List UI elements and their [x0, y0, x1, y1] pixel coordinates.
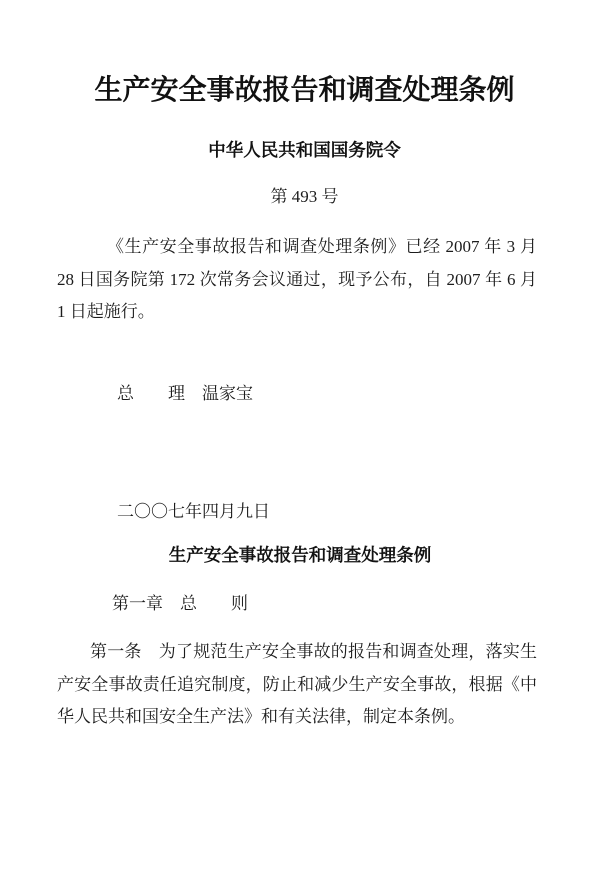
promulgation-announcement: 《生产安全事故报告和调查处理条例》已经 2007 年 3 月 28 日国务院第 … — [57, 231, 537, 329]
document-title: 生产安全事故报告和调查处理条例 — [0, 73, 609, 109]
decree-issuer-heading: 中华人民共和国国务院令 — [0, 140, 609, 161]
chapter-1-heading: 第一章 总 则 — [112, 594, 248, 614]
document-page: 生产安全事故报告和调查处理条例 中华人民共和国国务院令 第 493 号 《生产安… — [0, 0, 609, 882]
premier-signature: 总 理 温家宝 — [117, 384, 253, 404]
decree-number: 第 493 号 — [0, 187, 609, 207]
article-1-text: 第一条 为了规范生产安全事故的报告和调查处理，落实生产安全事故责任追究制度，防止… — [57, 636, 537, 734]
promulgation-date: 二〇〇七年四月九日 — [117, 502, 270, 522]
regulation-title: 生产安全事故报告和调查处理条例 — [0, 545, 600, 566]
